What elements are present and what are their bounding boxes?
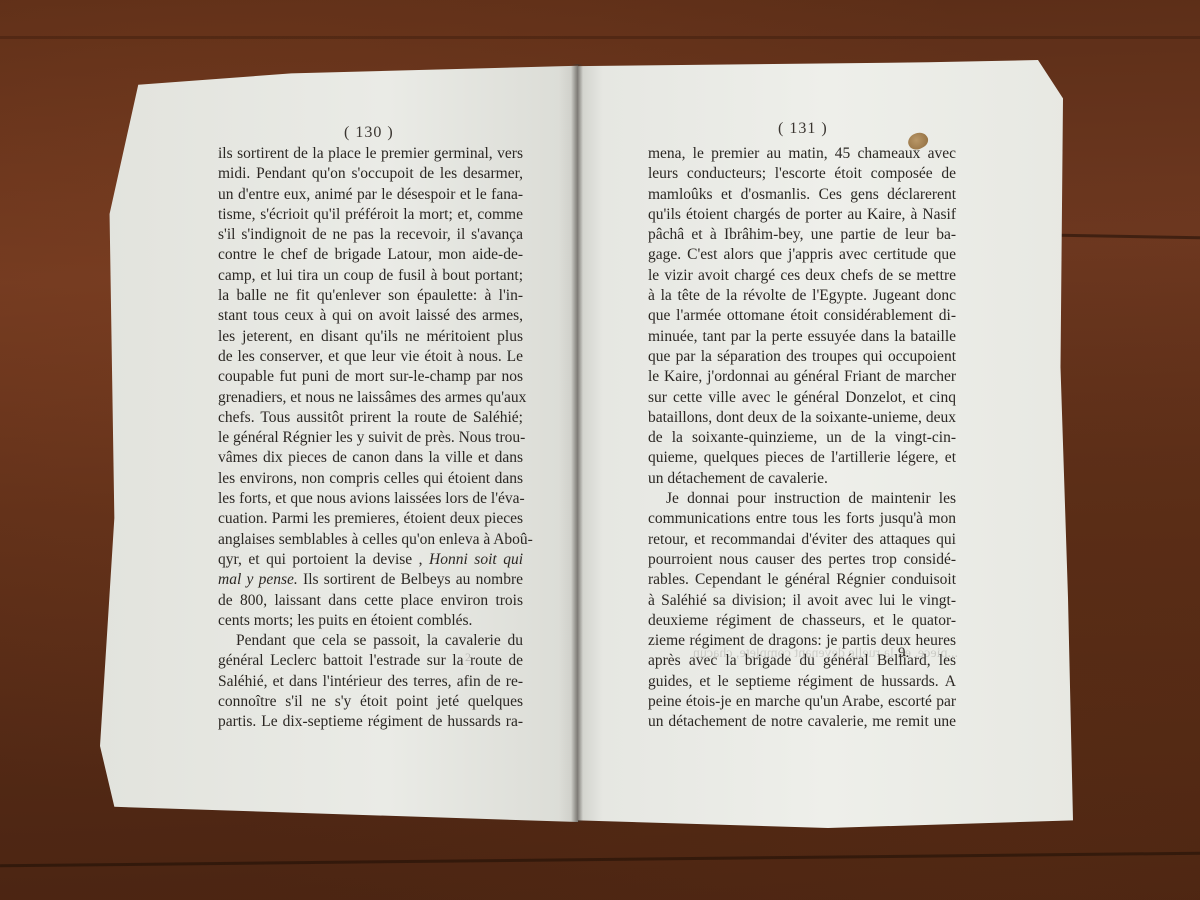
left-page-text: ils sortirent de la place le premier ger…: [218, 144, 523, 733]
text-line: quieme, quelques pieces de l'artillerie …: [648, 448, 956, 468]
text-line: mamloûks et d'osmanlis. Ces gens déclare…: [648, 185, 956, 205]
text-line: un détachement de cavalerie.: [648, 469, 956, 489]
text-line: Je donnai pour instruction de maintenir …: [648, 489, 956, 509]
text-line: stant tous ceux à qui on avoit laissé de…: [218, 306, 523, 326]
text-line: cuation. Parmi les premieres, étoient de…: [218, 509, 523, 529]
bleed-mark: 2: [465, 650, 471, 665]
text-line: les forts, et que nous avions laissées l…: [218, 489, 523, 509]
text-line: rables. Cependant le général Régnier con…: [648, 570, 956, 590]
text-line: bataillons, dont deux de la soixante-uni…: [648, 408, 956, 428]
text-line: Pendant que cela se passoit, la cavaleri…: [218, 631, 523, 651]
right-page-number: ( 131 ): [778, 120, 828, 138]
text-line: minuée, tant par la perte essuyée dans l…: [648, 327, 956, 347]
right-page-text: mena, le premier au matin, 45 chameaux a…: [648, 144, 956, 733]
text-line: deuxieme régiment de chasseurs, et le qu…: [648, 611, 956, 631]
text-line: tisme, s'écrioit qu'il préféroit la mort…: [218, 205, 523, 225]
open-book: ( 130 ) ( 131 ) ils sortirent de la plac…: [0, 0, 1200, 900]
text-line: la balle ne fit qu'enlever son épaulette…: [218, 286, 523, 306]
text-line: gage. C'est alors que j'appris avec cert…: [648, 245, 956, 265]
text-line: midi. Pendant qu'on s'occupoit de les de…: [218, 164, 523, 184]
left-page-number: ( 130 ): [344, 124, 394, 142]
motto-italic: mal y pense.: [218, 571, 298, 588]
text-line: leurs conducteurs; l'escorte étoit compo…: [648, 164, 956, 184]
text-line: que par la séparation des troupes qui oc…: [648, 347, 956, 367]
text-line: contre le chef de brigade Latour, mon ai…: [218, 245, 523, 265]
text-line: peine étois-je en marche qu'un Arabe, es…: [648, 692, 956, 712]
text-line: général Leclerc battoit l'estrade sur la…: [218, 651, 523, 671]
text-line: à Saléhié sa division; il avoit avec lui…: [648, 591, 956, 611]
text-line: chefs. Tous aussitôt prirent la route de…: [218, 408, 523, 428]
text-line: les environs, non compris celles qui éto…: [218, 469, 523, 489]
text-line: un d'entre eux, animé par le désespoir e…: [218, 185, 523, 205]
signature-mark: 9.: [898, 645, 909, 662]
text-line: vâmes dix pieces de canon dans la ville …: [218, 448, 523, 468]
text-line: de la soixante-quinzieme, un de la vingt…: [648, 428, 956, 448]
text-line: qyr, et qui portoient la devise , Honni …: [218, 550, 523, 570]
text-line: retour, et recommandai d'éviter des atta…: [648, 530, 956, 550]
text-line: que l'armée ottomane étoit considérablem…: [648, 306, 956, 326]
text-fragment: qyr, et qui portoient la devise ,: [218, 551, 429, 568]
text-line: s'il s'indignoit de ne pas la recevoir, …: [218, 225, 523, 245]
text-line: partis. Le dix-septieme régiment de huss…: [218, 712, 523, 732]
motto-italic: Honni soit qui: [429, 551, 523, 568]
text-line: de 800, laissant dans cette place enviro…: [218, 591, 523, 611]
text-line: Saléhié, et dans l'intérieur des terres,…: [218, 672, 523, 692]
text-line: connoître s'il ne s'y étoit point jeté q…: [218, 692, 523, 712]
text-line: guides, et le septieme régiment de hussa…: [648, 672, 956, 692]
text-line: qu'ils étoient chargés de porter au Kair…: [648, 205, 956, 225]
text-line: pâchâ et à Ibrâhim-bey, une partie de le…: [648, 225, 956, 245]
text-line: grenadiers, et nous ne laissâmes des arm…: [218, 388, 523, 408]
text-line: le général Régnier les y suivit de près.…: [218, 428, 523, 448]
text-line: le Kaire, j'ordonnai au général Friant d…: [648, 367, 956, 387]
text-line: coupable fut puni de mort sur-le-champ p…: [218, 367, 523, 387]
text-line: ils sortirent de la place le premier ger…: [218, 144, 523, 164]
text-line: camp, et lui tira un coup de fusil à bou…: [218, 266, 523, 286]
text-line: pourroient nous causer des pertes trop c…: [648, 550, 956, 570]
show-through-text: ...piece, et, la ruelle devenant complet…: [648, 646, 958, 662]
text-line: communications entre tous les forts jusq…: [648, 509, 956, 529]
text-line: le vizir avoit chargé ces deux chefs de …: [648, 266, 956, 286]
text-line: un détachement de notre cavalerie, me re…: [648, 712, 956, 732]
text-line: à la tête de la révolte de l'Egypte. Jug…: [648, 286, 956, 306]
text-line: cents morts; les puits en étoient comblé…: [218, 611, 523, 631]
text-line: mena, le premier au matin, 45 chameaux a…: [648, 144, 956, 164]
text-line: de les conserver, et que leur vie étoit …: [218, 347, 523, 367]
book-gutter: [571, 64, 583, 822]
text-line: mal y pense. Ils sortirent de Belbeys au…: [218, 570, 523, 590]
text-line: les jeterent, en disant qu'ils ne mérito…: [218, 327, 523, 347]
text-line: sur cette ville avec le général Donzelot…: [648, 388, 956, 408]
text-line: anglaises semblables à celles qu'on enle…: [218, 530, 523, 550]
text-fragment: Ils sortirent de Belbeys au nombre: [298, 571, 523, 588]
